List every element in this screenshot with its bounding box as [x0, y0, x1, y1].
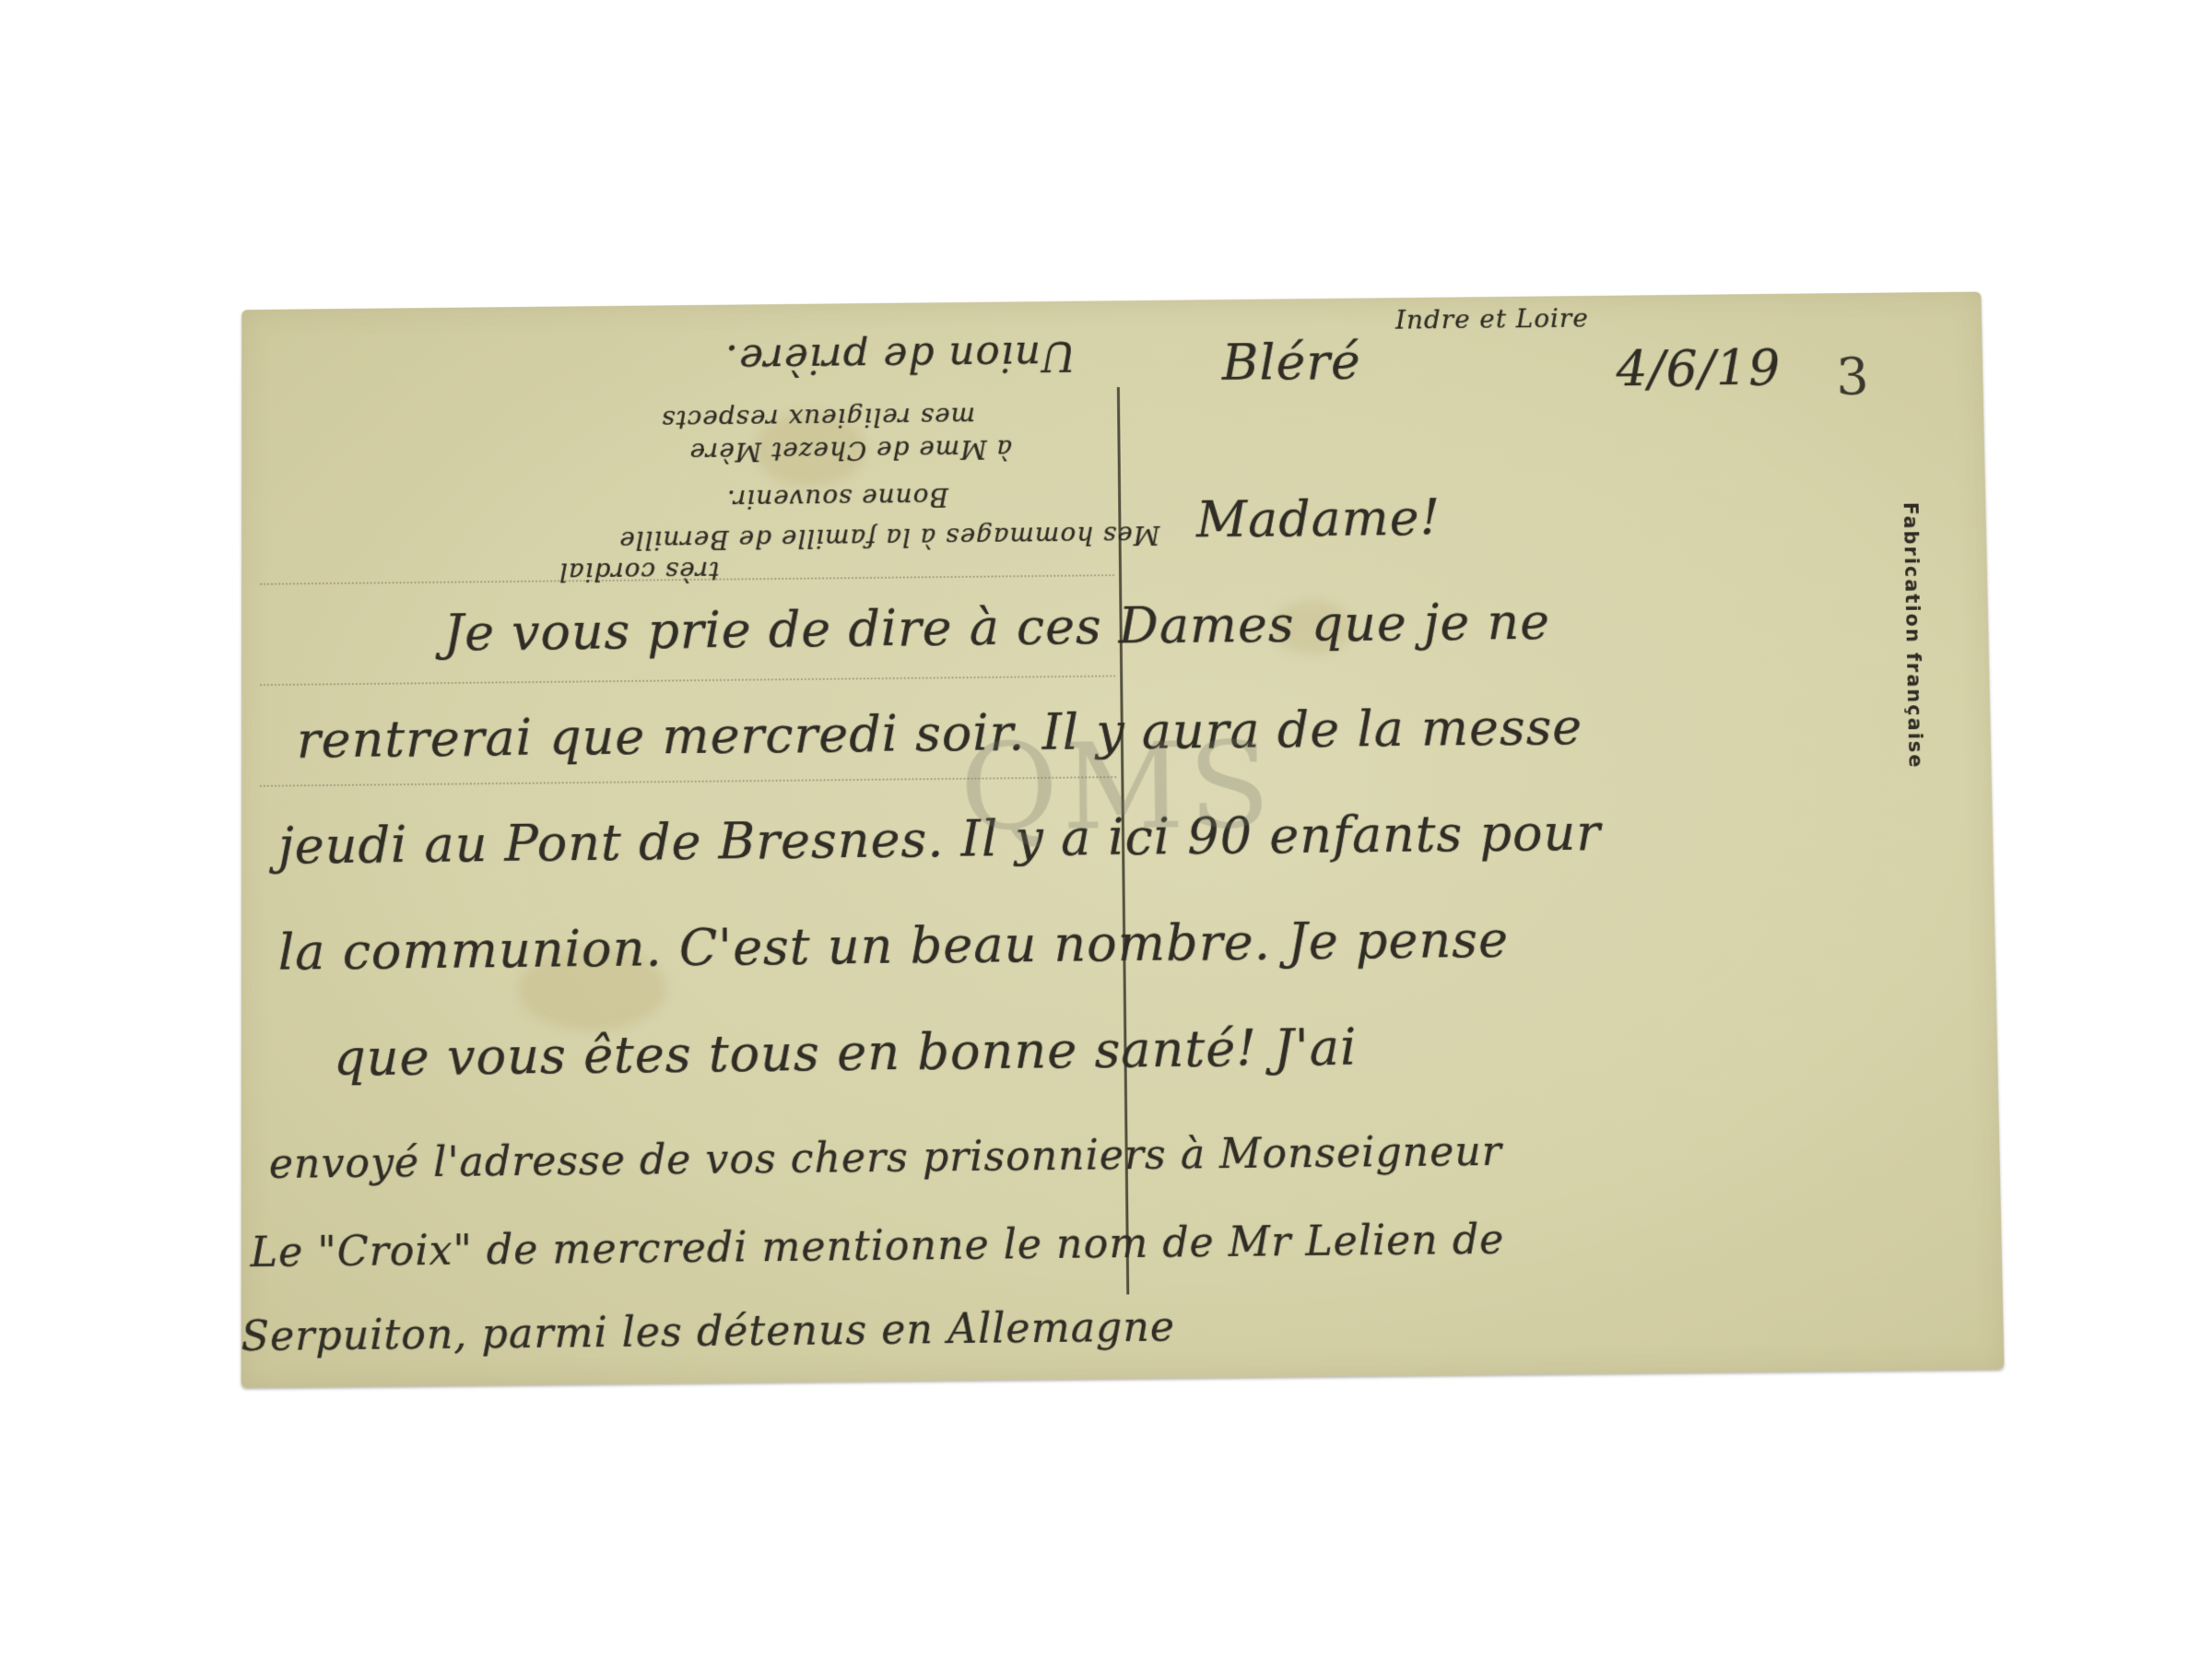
- body-line: Serpuiton, parmi les détenus en Allemagn…: [241, 1303, 1176, 1360]
- body-line: envoyé l'adresse de vos chers prisonnier…: [269, 1128, 1502, 1188]
- header-region: Indre et Loire: [1395, 303, 1589, 335]
- postscript-line: Union de prière.: [724, 332, 1076, 382]
- salutation: Madame!: [1196, 488, 1441, 548]
- corner-number: 3: [1836, 347, 1870, 407]
- body-line: que vous êtes tous en bonne santé! J'ai: [334, 1018, 1358, 1088]
- upside-down-postscript: Union de prière. mes religieux respects …: [260, 310, 1160, 593]
- printed-fabrication-label: Fabrication française: [1900, 502, 1927, 770]
- postcard-back: Fabrication française Union de prière. m…: [241, 292, 2005, 1388]
- postscript-line: Mes hommages à la famille de Bernille: [618, 520, 1159, 556]
- postscript-line: Bonne souvenir.: [726, 482, 948, 514]
- header-date: 4/6/19: [1616, 339, 1782, 398]
- body-line: Je vous prie de dire à ces Dames que je …: [443, 593, 1550, 662]
- watermark: QMS: [959, 715, 1275, 858]
- photo-background: Fabrication française Union de prière. m…: [0, 0, 2212, 1659]
- address-guide-line: [260, 675, 1115, 686]
- header-place: Bléré: [1222, 333, 1362, 392]
- body-line: Le "Croix" de mercredi mentionne le nom …: [251, 1216, 1505, 1277]
- postscript-line: mes religieux respects: [661, 401, 975, 434]
- body-line: la communion. C'est un beau nombre. Je p…: [278, 911, 1510, 982]
- postscript-line: très cordial: [559, 556, 720, 588]
- body-line: jeudi au Pont de Bresnes. Il y a ici 90 …: [278, 804, 1602, 876]
- body-line: rentrerai que mercredi soir. Il y aura d…: [297, 698, 1583, 769]
- postscript-line: à Mme de Chezet Mère: [688, 434, 1012, 467]
